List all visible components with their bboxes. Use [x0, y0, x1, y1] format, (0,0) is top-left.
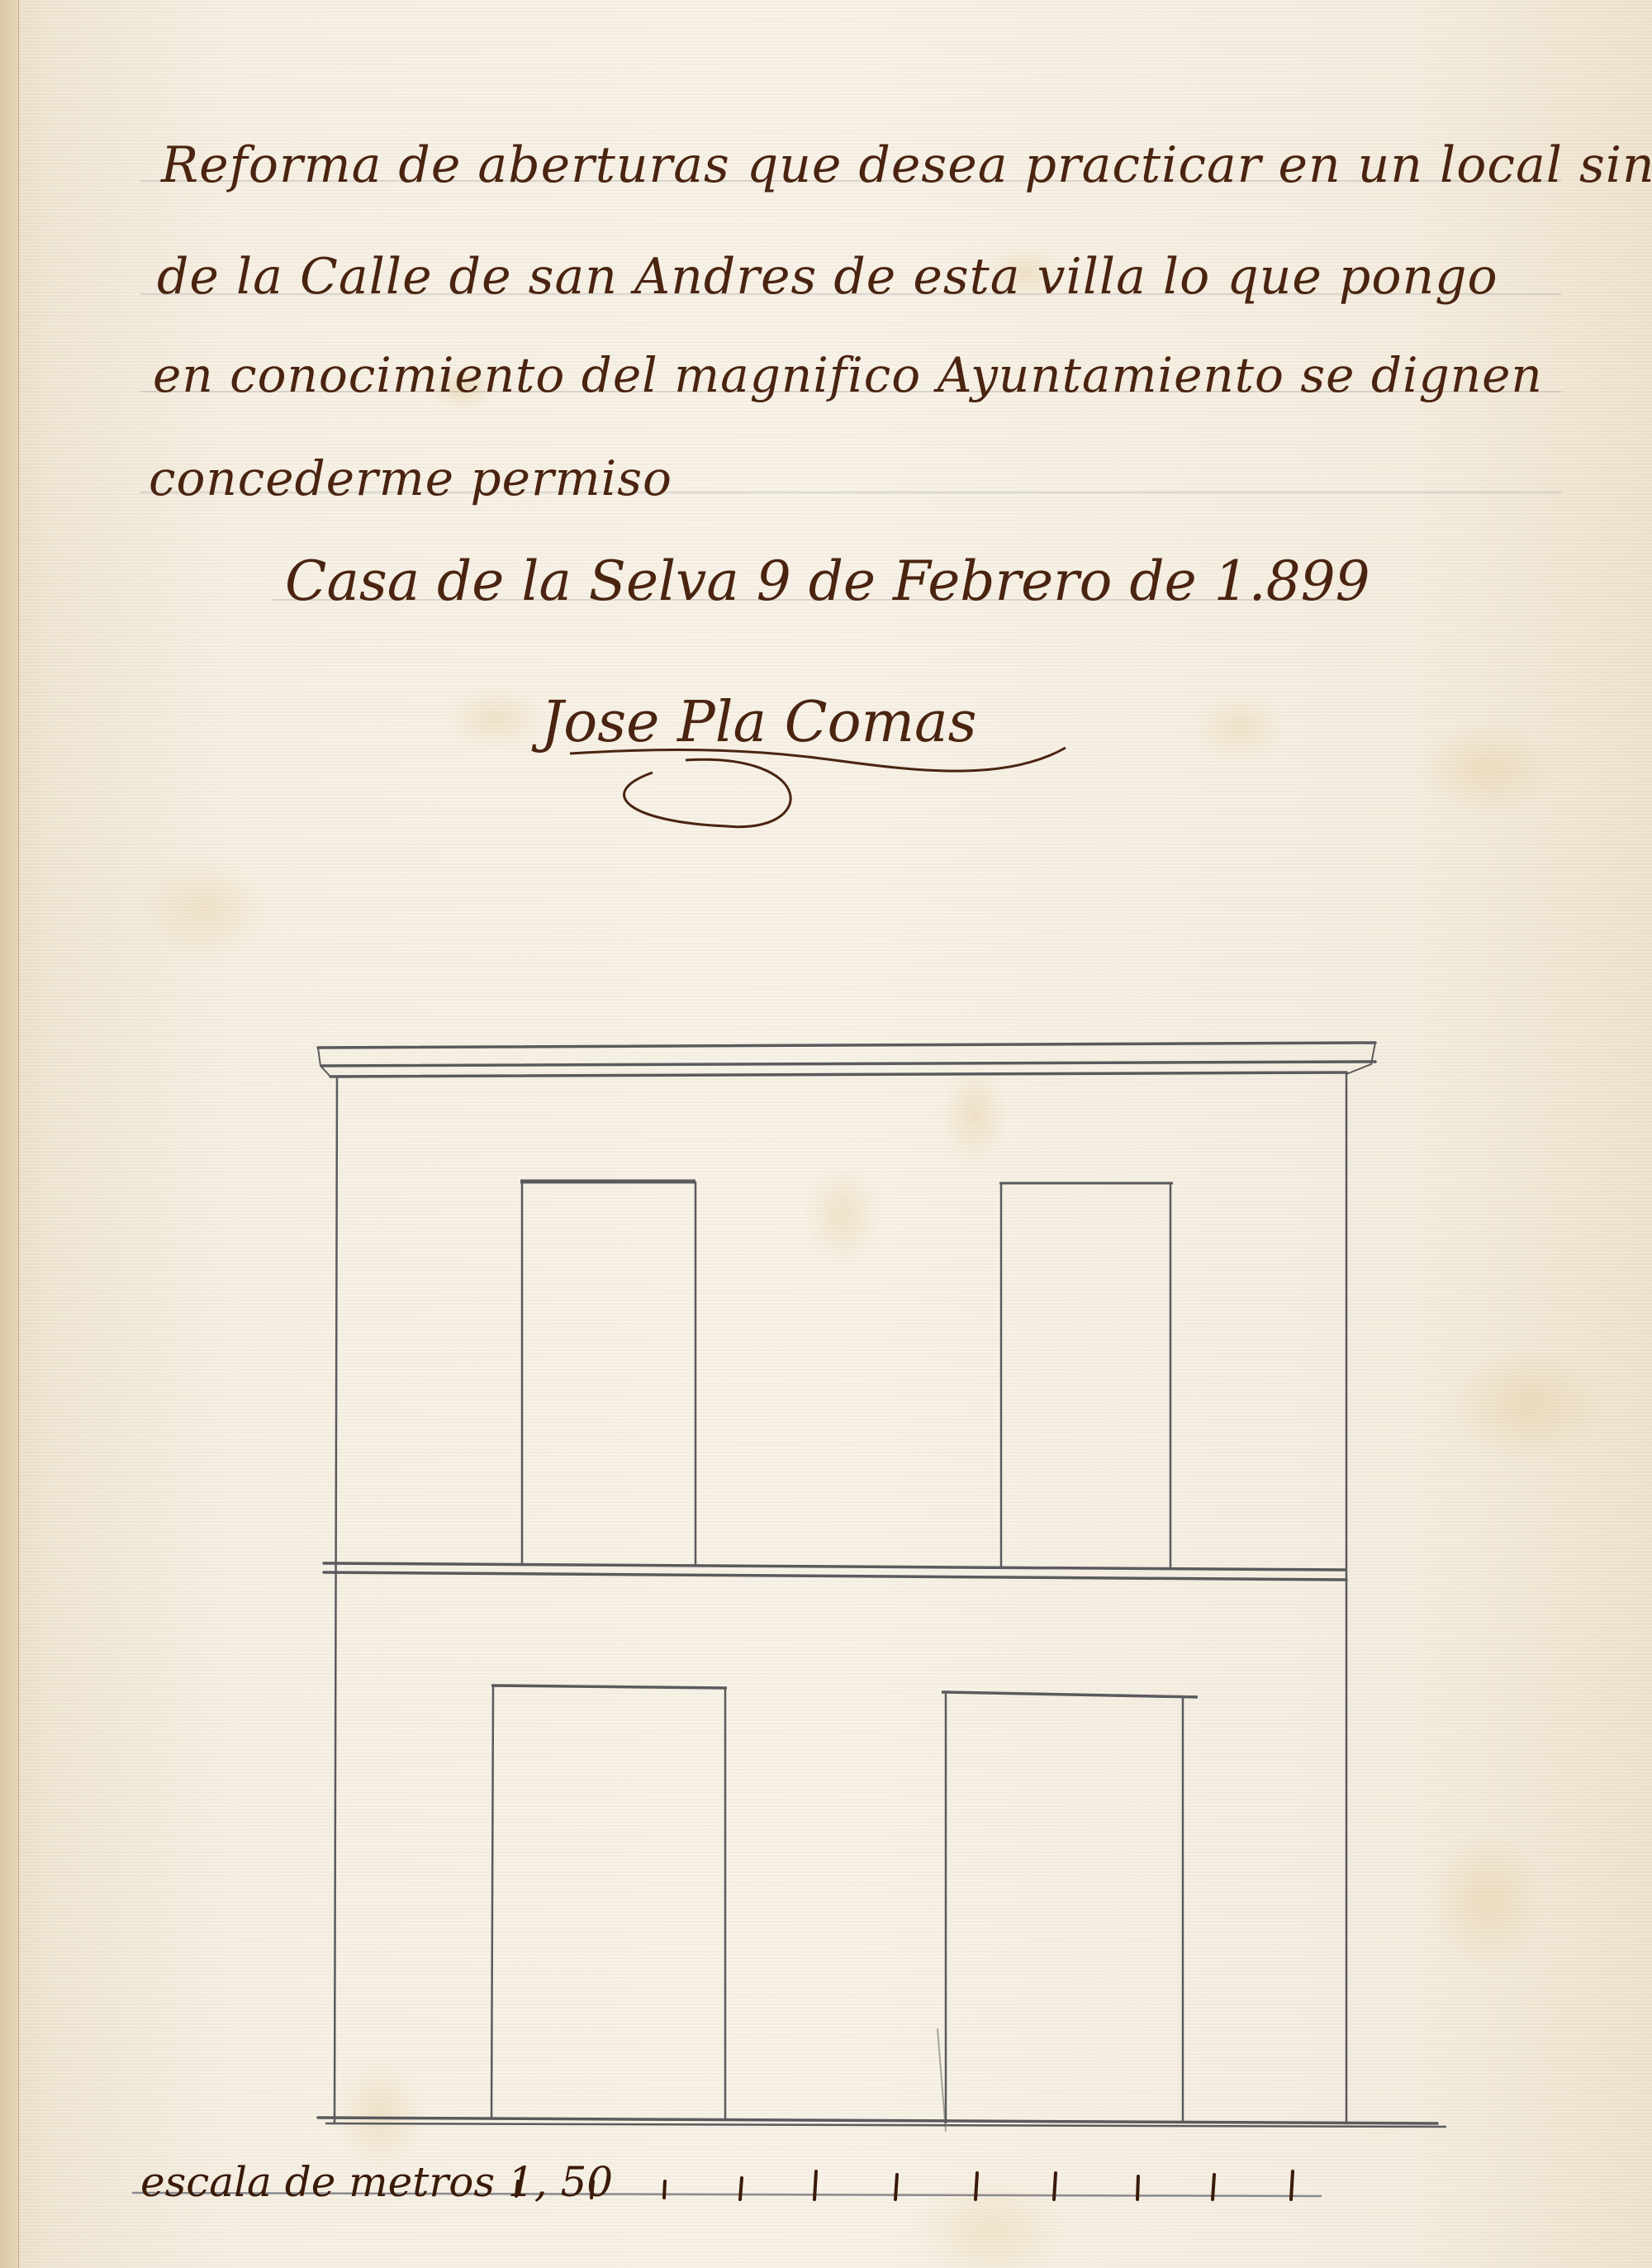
facade-elevation-drawing: [0, 0, 1652, 2268]
scale-label: escala de metros 1, 50: [140, 2158, 613, 2206]
signature-flourish: [570, 748, 1066, 827]
upper-window-left: [520, 1182, 695, 1566]
building-outline: [318, 1043, 1445, 2127]
ground-door-right: [938, 1692, 1198, 2132]
ground-door-left: [491, 1686, 727, 2121]
upper-window-right: [999, 1183, 1173, 1568]
